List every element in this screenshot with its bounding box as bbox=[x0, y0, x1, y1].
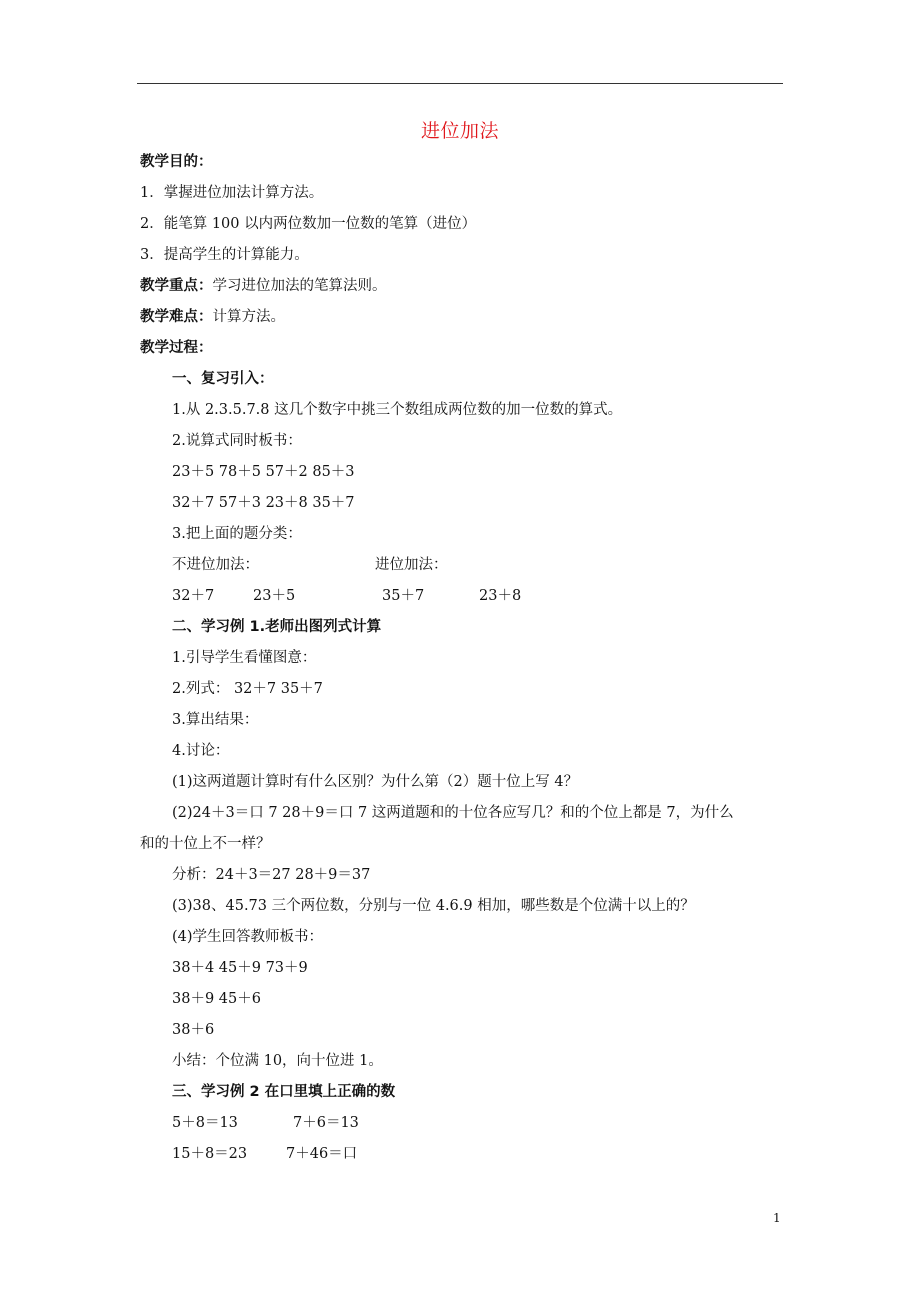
difficulty: 教学难点：计算方法。 bbox=[140, 307, 285, 327]
equation: 15＋8＝23 bbox=[172, 1144, 247, 1164]
carry-item: 35＋7 bbox=[382, 586, 424, 606]
no-carry-item: 23＋5 bbox=[253, 586, 295, 606]
equation: 7＋6＝13 bbox=[293, 1113, 359, 1133]
objective-item: 2．能笔算 100 以内两位数加一位数的笔算（进位） bbox=[140, 214, 476, 234]
no-carry-label: 不进位加法： bbox=[172, 555, 259, 575]
objectives-heading: 教学目的： bbox=[140, 152, 213, 172]
section2-line: 小结：个位满 10，向十位进 1。 bbox=[172, 1051, 383, 1071]
section2-line: 3.算出结果： bbox=[172, 710, 258, 730]
section2-line: 4.讨论： bbox=[172, 741, 229, 761]
objective-item: 3．提高学生的计算能力。 bbox=[140, 245, 309, 265]
process-heading: 教学过程： bbox=[140, 338, 213, 358]
section2-line: 1.引导学生看懂图意： bbox=[172, 648, 316, 668]
difficulty-label: 教学难点： bbox=[140, 309, 213, 325]
section2-line: 38＋9 45＋6 bbox=[172, 989, 261, 1009]
section2-line: 分析：24＋3＝27 28＋9＝37 bbox=[172, 865, 370, 885]
section2-line: 38＋4 45＋9 73＋9 bbox=[172, 958, 308, 978]
equation: 5＋8＝13 bbox=[172, 1113, 238, 1133]
section2-line: 2.列式： 32＋7 35＋7 bbox=[172, 679, 323, 699]
carry-item: 23＋8 bbox=[479, 586, 521, 606]
section1-line: 32＋7 57＋3 23＋8 35＋7 bbox=[172, 493, 355, 513]
key-point-label: 教学重点： bbox=[140, 278, 213, 294]
no-carry-item: 32＋7 bbox=[172, 586, 214, 606]
section1-line: 2.说算式同时板书： bbox=[172, 431, 302, 451]
section2-line: (2)24＋3＝口 7 28＋9＝口 7 这两道题和的十位各应写几？和的个位上都… bbox=[172, 803, 734, 823]
equation: 7＋46＝口 bbox=[286, 1144, 357, 1164]
page-number: 1 bbox=[773, 1211, 781, 1225]
section1-line: 23＋5 78＋5 57＋2 85＋3 bbox=[172, 462, 355, 482]
section2-line: 38＋6 bbox=[172, 1020, 214, 1040]
carry-label: 进位加法： bbox=[375, 555, 448, 575]
section2-line: (4)学生回答教师板书： bbox=[172, 927, 323, 947]
section2-heading: 二、学习例 1.老师出图列式计算 bbox=[172, 617, 381, 637]
section3-heading: 三、学习例 2 在口里填上正确的数 bbox=[172, 1082, 395, 1102]
section2-line: 和的十位上不一样？ bbox=[140, 834, 271, 854]
document-title: 进位加法 bbox=[0, 116, 920, 143]
key-point: 教学重点：学习进位加法的笔算法则。 bbox=[140, 276, 387, 296]
header-rule bbox=[137, 83, 783, 84]
section2-line: (1)这两道题计算时有什么区别？为什么第（2）题十位上写 4？ bbox=[172, 772, 578, 792]
section1-heading: 一、复习引入： bbox=[172, 369, 274, 389]
section2-line: (3)38、45.73 三个两位数，分别与一位 4.6.9 相加，哪些数是个位满… bbox=[172, 896, 695, 916]
difficulty-text: 计算方法。 bbox=[213, 309, 286, 325]
objective-item: 1．掌握进位加法计算方法。 bbox=[140, 183, 323, 203]
section1-line: 3.把上面的题分类： bbox=[172, 524, 302, 544]
key-point-text: 学习进位加法的笔算法则。 bbox=[213, 278, 387, 294]
section1-line: 1.从 2.3.5.7.8 这几个数字中挑三个数组成两位数的加一位数的算式。 bbox=[172, 400, 622, 420]
